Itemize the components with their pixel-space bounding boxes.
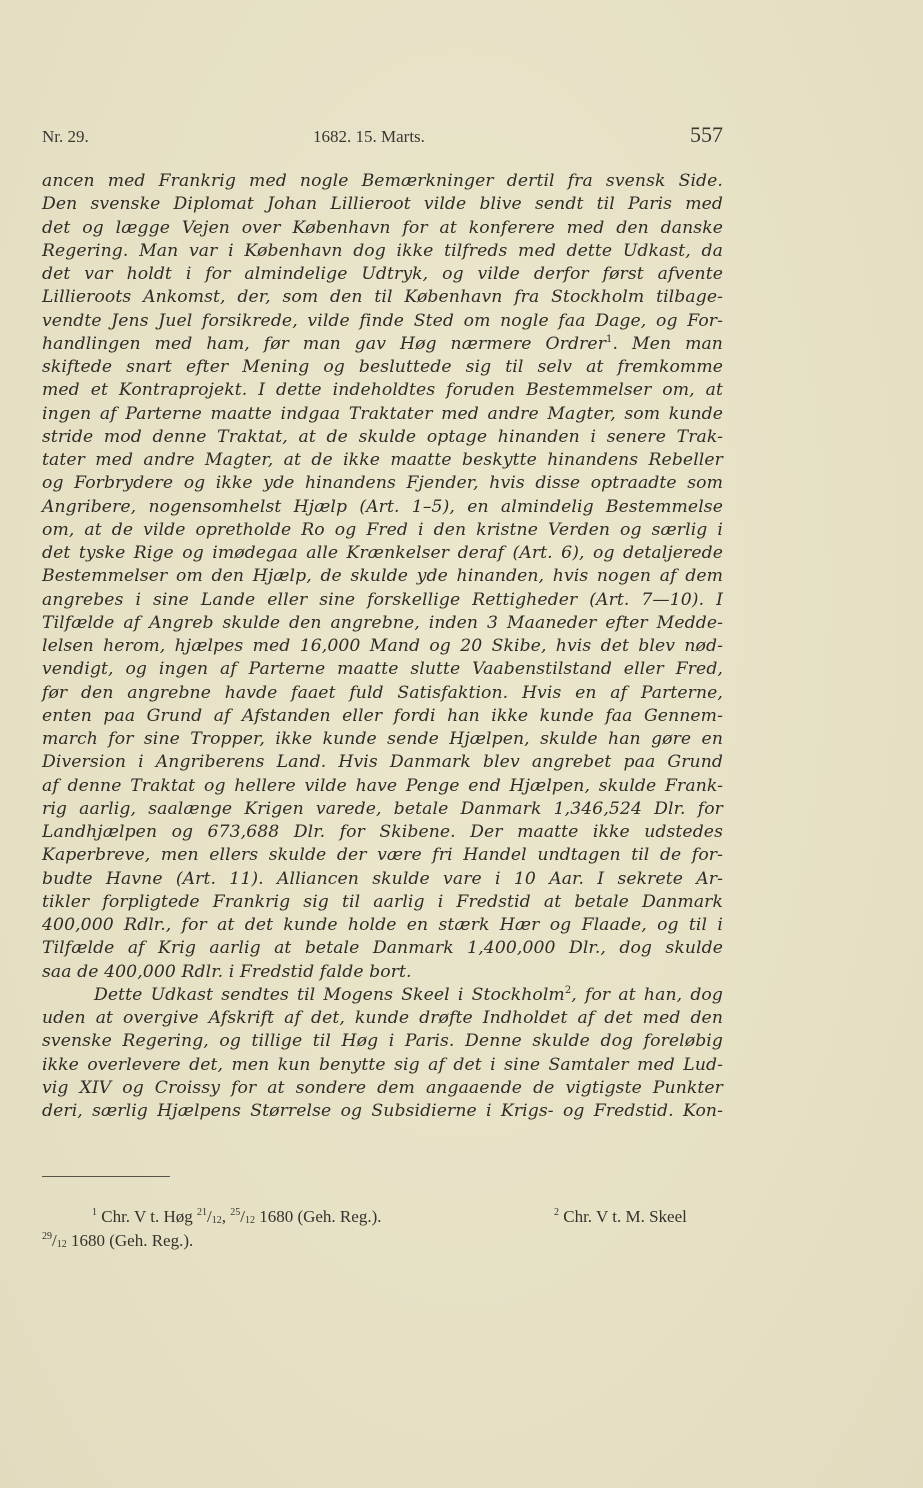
text-line: med et Kontraprojekt. I dette indeholdte… (42, 379, 723, 402)
footnote-2-continued: 29/12 1680 (Geh. Reg.). (42, 1229, 193, 1253)
text-line: Den svenske Diplomat Johan Lillieroot vi… (42, 193, 723, 216)
footnote-divider (42, 1176, 170, 1177)
separator: , (222, 1207, 231, 1226)
text-line: stride mod denne Traktat, at de skulde o… (42, 426, 723, 449)
text-line: budte Havne (Art. 11). Alliancen skulde … (42, 868, 723, 891)
text-line: Tilfælde af Krig aarlig at betale Danmar… (42, 937, 723, 960)
date-day: 29 (42, 1231, 52, 1242)
footnotes: 1 Chr. V t. Høg 21/12, 25/12 1680 (Geh. … (42, 1205, 723, 1253)
text-line: svenske Regering, og tillige til Høg i P… (42, 1030, 723, 1053)
text-line: tikler forpligtede Frankrig sig til aarl… (42, 891, 723, 914)
footnote-line-2: 29/12 1680 (Geh. Reg.). (42, 1229, 723, 1253)
document-date: 1682. 15. Marts. (313, 127, 425, 147)
text-line: det og lægge Vejen over København for at… (42, 217, 723, 240)
text-line: tater med andre Magter, at de ikke maatt… (42, 449, 723, 472)
page-number: 557 (690, 122, 723, 148)
text-line: Kaperbreve, men ellers skulde der være f… (42, 844, 723, 867)
text-line: uden at overgive Afskrift af det, kunde … (42, 1007, 723, 1030)
text-line: vig XIV og Croissy for at sondere dem an… (42, 1077, 723, 1100)
text-line: ancen med Frankrig med nogle Bemærkninge… (42, 170, 723, 193)
text-line: Landhjælpen og 673,688 Dlr. for Skibene.… (42, 821, 723, 844)
date-day: 25 (230, 1207, 240, 1218)
text-line: 400,000 Rdlr., for at det kunde holde en… (42, 914, 723, 937)
footnote-1: 1 Chr. V t. Høg 21/12, 25/12 1680 (Geh. … (92, 1205, 381, 1229)
footnote-1-mark: 1 (92, 1207, 97, 1218)
text-line: før den angrebne havde faaet fuld Satisf… (42, 682, 723, 705)
footnote-2: 2 Chr. V t. M. Skeel (554, 1205, 687, 1229)
paragraph-end-line: saa de 400,000 Rdlr. i Fredstid falde bo… (42, 961, 723, 984)
text-line: vendigt, og ingen af Parterne maatte slu… (42, 658, 723, 681)
footnote-2-mark: 2 (554, 1207, 559, 1218)
text-line: Regering. Man var i København dog ikke t… (42, 240, 723, 263)
text-line: Tilfælde af Angreb skulde den angrebne, … (42, 612, 723, 635)
running-head: Nr. 29. 1682. 15. Marts. 557 (42, 124, 723, 148)
text-segment: . Men man (612, 334, 723, 354)
footnote-1-text: Chr. V t. Høg (101, 1207, 197, 1226)
document-number: Nr. 29. (42, 127, 89, 147)
date-day: 21 (197, 1207, 207, 1218)
text-line: rig aarlig, saalænge Krigen varede, beta… (42, 798, 723, 821)
footnote-1-source: 1680 (Geh. Reg.). (255, 1207, 382, 1226)
text-line: enten paa Grund af Afstanden eller fordi… (42, 705, 723, 728)
text-line: Angribere, nogensomhelst Hjælp (Art. 1–5… (42, 496, 723, 519)
text-line: march for sine Tropper, ikke kunde sende… (42, 728, 723, 751)
footnote-2-source: 1680 (Geh. Reg.). (67, 1231, 194, 1250)
text-line: Lillieroots Ankomst, der, som den til Kø… (42, 286, 723, 309)
text-line: ingen af Parterne maatte indgaa Traktate… (42, 403, 723, 426)
date-month: 12 (245, 1215, 255, 1226)
text-line: Bestemmelser om den Hjælp, de skulde yde… (42, 565, 723, 588)
text-line: deri, særlig Hjælpens Størrelse og Subsi… (42, 1100, 723, 1123)
footnote-line-1: 1 Chr. V t. Høg 21/12, 25/12 1680 (Geh. … (42, 1205, 723, 1229)
paragraph-start-line: Dette Udkast sendtes til Mogens Skeel i … (42, 984, 723, 1007)
text-line: angrebes i sine Lande eller sine forskel… (42, 589, 723, 612)
text-line: og Forbrydere og ikke yde hinandens Fjen… (42, 472, 723, 495)
text-segment: , for at han, dog (571, 985, 723, 1005)
body-text: ancen med Frankrig med nogle Bemærkninge… (42, 170, 723, 1123)
text-line: det var holdt i for almindelige Udtryk, … (42, 263, 723, 286)
text-line: ikke overlevere det, men kun benytte sig… (42, 1054, 723, 1077)
footnote-2-text: Chr. V t. M. Skeel (563, 1207, 687, 1226)
text-line: Diversion i Angriberens Land. Hvis Danma… (42, 751, 723, 774)
date-month: 12 (57, 1239, 67, 1250)
text-line-with-footnote: handlingen med ham, før man gav Høg nærm… (42, 333, 723, 356)
text-segment: handlingen med ham, før man gav Høg nærm… (42, 334, 606, 354)
text-line: af denne Traktat og hellere vilde have P… (42, 775, 723, 798)
text-line: om, at de vilde opretholde Ro og Fred i … (42, 519, 723, 542)
book-page: Nr. 29. 1682. 15. Marts. 557 ancen med F… (0, 0, 923, 1488)
text-line: det tyske Rige og imødegaa alle Krænkels… (42, 542, 723, 565)
text-line: skiftede snart efter Mening og beslutted… (42, 356, 723, 379)
text-line: lelsen herom, hjælpes med 16,000 Mand og… (42, 635, 723, 658)
date-month: 12 (212, 1215, 222, 1226)
text-segment: Dette Udkast sendtes til Mogens Skeel i … (94, 985, 565, 1005)
text-line: vendte Jens Juel forsikrede, vilde finde… (42, 310, 723, 333)
